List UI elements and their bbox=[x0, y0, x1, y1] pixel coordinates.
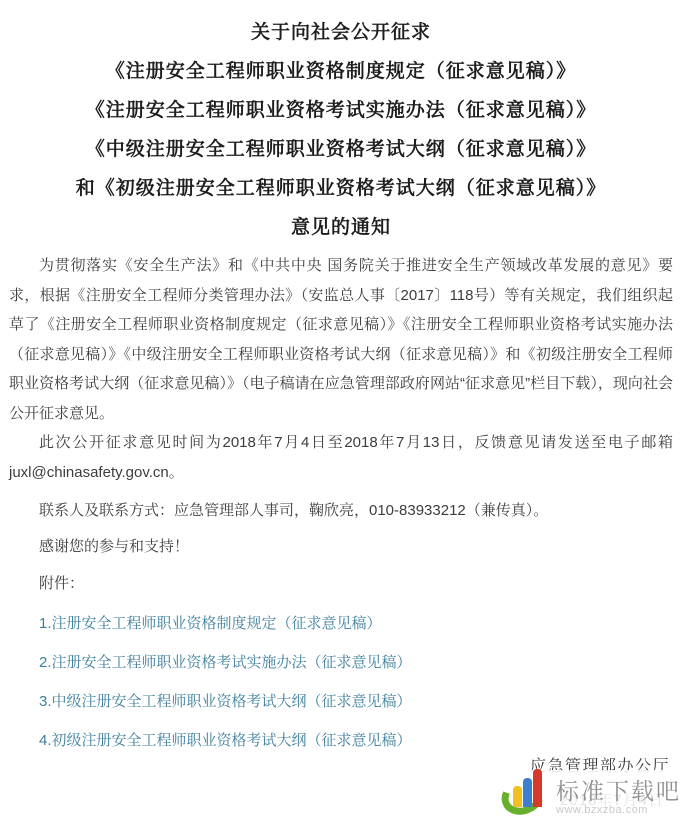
site-watermark: 标准下载吧 www.bzxzba.com bbox=[500, 770, 682, 819]
notice-title-line: 《注册安全工程师职业资格制度规定（征求意见稿）》 bbox=[0, 52, 682, 91]
bar-chart-logo-icon bbox=[500, 764, 556, 819]
attachment-link-3[interactable]: 3.中级注册安全工程师职业资格考试大纲（征求意见稿） bbox=[9, 682, 673, 721]
body-paragraph-2: 此次公开征求意见时间为2018年7月4日至2018年7月13日，反馈意见请发送至… bbox=[9, 428, 673, 487]
notice-title-line: 和《初级注册安全工程师职业资格考试大纲（征求意见稿）》 bbox=[0, 169, 682, 208]
watermark-site-url: www.bzxzba.com bbox=[556, 804, 648, 817]
contact-line: 联系人及联系方式：应急管理部人事司，鞠欣亮，010-83933212（兼传真）。 bbox=[9, 496, 673, 526]
body-paragraph-1: 为贯彻落实《安全生产法》和《中共中央 国务院关于推进安全生产领域改革发展的意见》… bbox=[9, 251, 673, 428]
notice-title-line: 关于向社会公开征求 bbox=[0, 13, 682, 52]
notice-document-page: 关于向社会公开征求 《注册安全工程师职业资格制度规定（征求意见稿）》 《注册安全… bbox=[0, 0, 682, 819]
email-address: juxl@chinasafety.gov.cn bbox=[9, 464, 169, 481]
feedback-period-text: 此次公开征求意见时间为2018年7月4日至2018年7月13日，反馈意见请发送至… bbox=[39, 434, 673, 451]
thanks-line: 感谢您的参与和支持！ bbox=[9, 532, 673, 562]
logo-bar-red bbox=[533, 769, 542, 807]
sentence-period: 。 bbox=[169, 464, 184, 481]
attachment-link-2[interactable]: 2.注册安全工程师职业资格考试实施办法（征求意见稿） bbox=[9, 643, 673, 682]
notice-title-line: 《中级注册安全工程师职业资格考试大纲（征求意见稿）》 bbox=[0, 130, 682, 169]
logo-bar-blue bbox=[523, 778, 532, 807]
notice-title-line: 意见的通知 bbox=[0, 208, 682, 247]
attachments-label: 附件： bbox=[9, 569, 673, 599]
notice-body: 为贯彻落实《安全生产法》和《中共中央 国务院关于推进安全生产领域改革发展的意见》… bbox=[0, 251, 682, 760]
watermark-site-name: 标准下载吧 bbox=[556, 778, 681, 804]
logo-bar-yellow bbox=[513, 786, 522, 807]
watermark-text: 标准下载吧 www.bzxzba.com bbox=[556, 778, 681, 819]
notice-title: 关于向社会公开征求 《注册安全工程师职业资格制度规定（征求意见稿）》 《注册安全… bbox=[0, 0, 682, 247]
notice-title-line: 《注册安全工程师职业资格考试实施办法（征求意见稿）》 bbox=[0, 91, 682, 130]
attachment-list: 1.注册安全工程师职业资格制度规定（征求意见稿） 2.注册安全工程师职业资格考试… bbox=[9, 604, 673, 760]
attachment-link-1[interactable]: 1.注册安全工程师职业资格制度规定（征求意见稿） bbox=[9, 604, 673, 643]
